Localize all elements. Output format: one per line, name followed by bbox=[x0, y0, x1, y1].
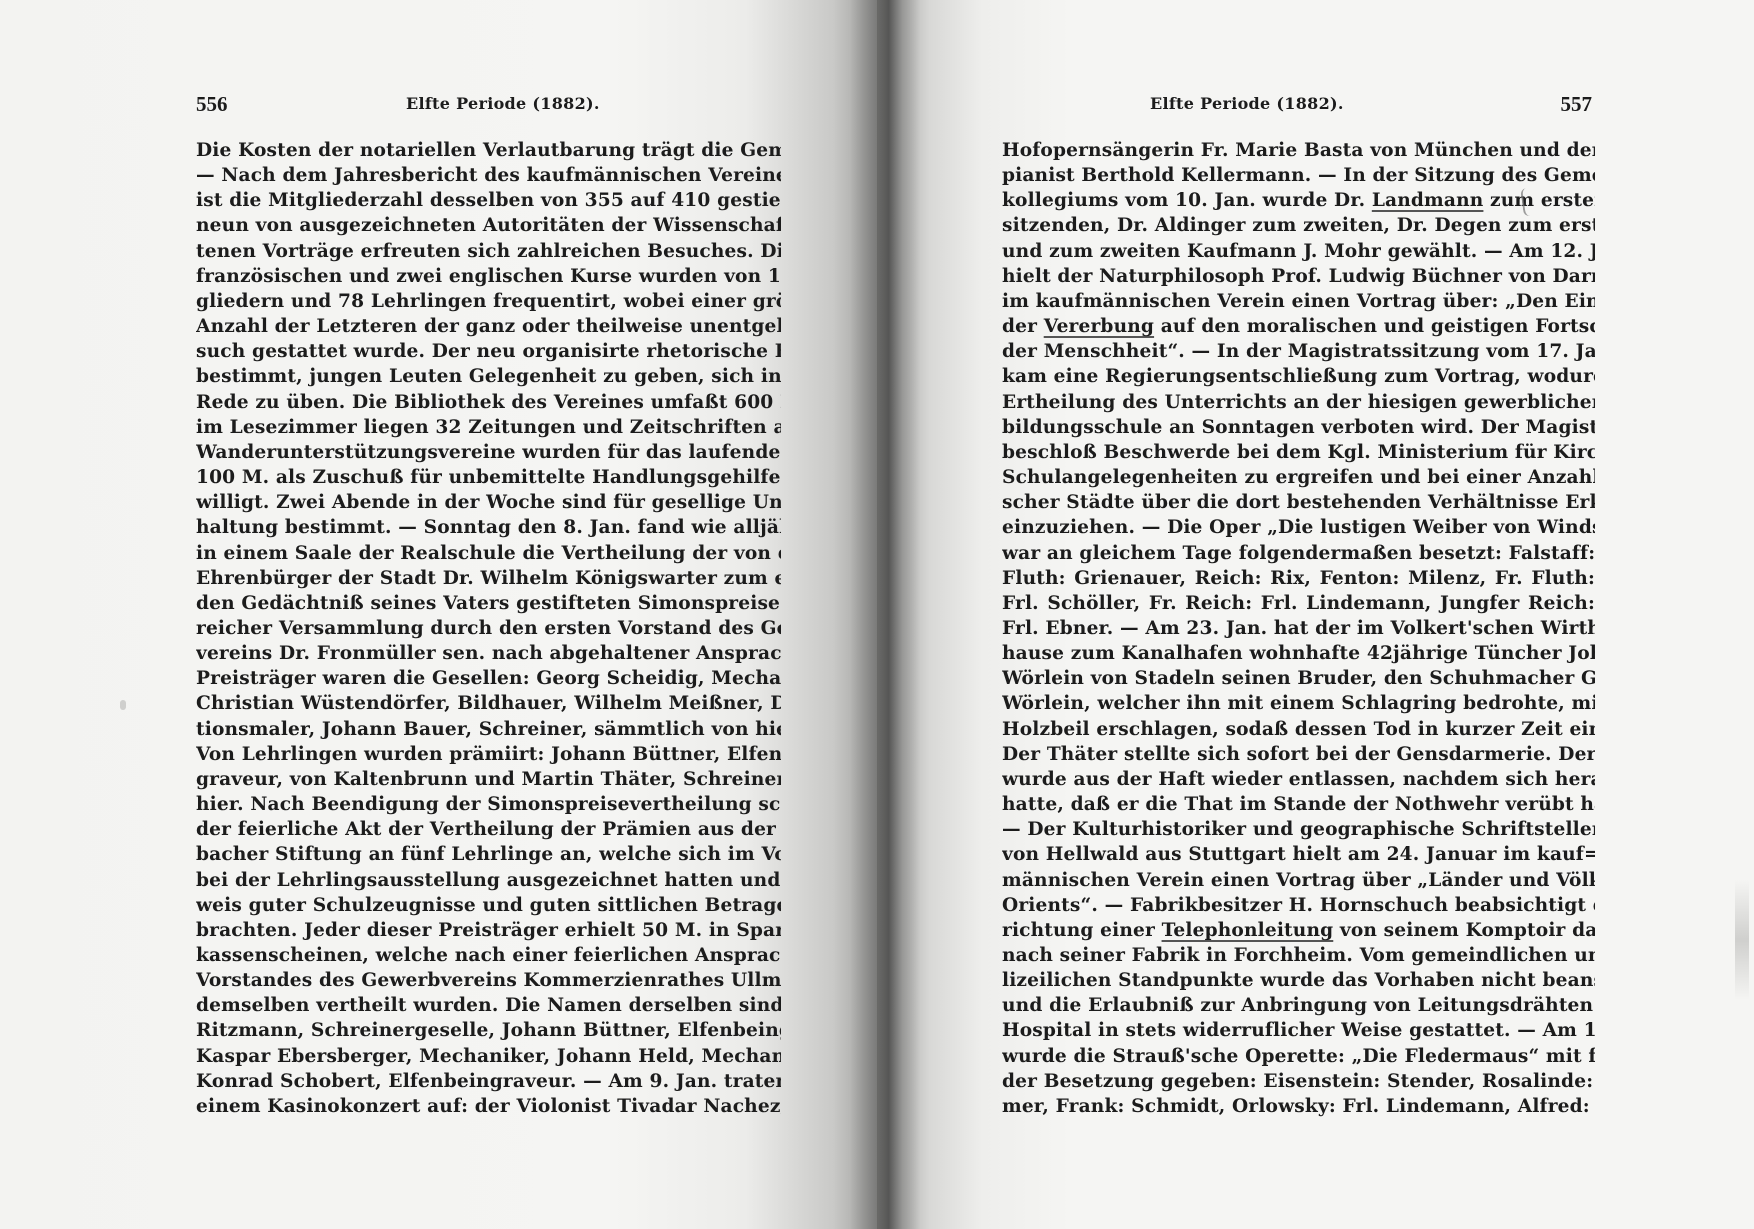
text-line: in einem Saale der Realschule die Verthe… bbox=[196, 541, 781, 566]
text-line: den Gedächtniß seines Vaters gestifteten… bbox=[196, 591, 781, 616]
text-line: kam eine Regierungsentschließung zum Vor… bbox=[1002, 364, 1595, 389]
text-line: Wörlein, welcher ihn mit einem Schlagrin… bbox=[1002, 691, 1595, 716]
right-page: Elfte Periode (1882). 557 Hofopernsänger… bbox=[877, 0, 1754, 1229]
text-line: Wörlein von Stadeln seinen Bruder, den S… bbox=[1002, 666, 1595, 691]
text-line: Kaspar Ebersberger, Mechaniker, Johann H… bbox=[196, 1044, 781, 1069]
pencil-underline: Landmann bbox=[1372, 190, 1484, 211]
text-line: bildungsschule an Sonntagen verboten wir… bbox=[1002, 415, 1595, 440]
book-spread: 556 Elfte Periode (1882). Die Kosten der… bbox=[0, 0, 1754, 1229]
text-line: mer, Frank: Schmidt, Orlowsky: Frl. Lind… bbox=[1002, 1094, 1595, 1119]
text-line: ist die Mitgliederzahl desselben von 355… bbox=[196, 188, 781, 213]
text-line: Schulangelegenheiten zu ergreifen und be… bbox=[1002, 465, 1595, 490]
text-line: bestimmt, jungen Leuten Gelegenheit zu g… bbox=[196, 364, 781, 389]
page-number: 557 bbox=[1561, 92, 1593, 117]
text-line: Ritzmann, Schreinergeselle, Johann Büttn… bbox=[196, 1018, 781, 1043]
text-line: von Hellwald aus Stuttgart hielt am 24. … bbox=[1002, 842, 1595, 867]
text-line: im kaufmännischen Verein einen Vortrag ü… bbox=[1002, 289, 1595, 314]
text-line: kassenscheinen, welche nach einer feierl… bbox=[196, 943, 781, 968]
text-line: Holzbeil erschlagen, sodaß dessen Tod in… bbox=[1002, 717, 1595, 742]
text-line: Konrad Schobert, Elfenbeingraveur. — Am … bbox=[196, 1069, 781, 1094]
text-line: bacher Stiftung an fünf Lehrlinge an, we… bbox=[196, 842, 781, 867]
text-line: im Lesezimmer liegen 32 Zeitungen und Ze… bbox=[196, 415, 781, 440]
paper-smudge bbox=[120, 700, 126, 710]
pencil-underline: Vererbung bbox=[1044, 316, 1154, 337]
text-line: Preisträger waren die Gesellen: Georg Sc… bbox=[196, 666, 781, 691]
text-line: einzuziehen. — Die Oper „Die lustigen We… bbox=[1002, 515, 1595, 540]
left-page-body-text: Die Kosten der notariellen Verlautbarung… bbox=[196, 138, 781, 1119]
text-line: Der Thäter stellte sich sofort bei der G… bbox=[1002, 742, 1595, 767]
text-line: vereins Dr. Fronmüller sen. nach abgehal… bbox=[196, 641, 781, 666]
text-line: und die Erlaubniß zur Anbringung von Lei… bbox=[1002, 993, 1595, 1018]
text-line: willigt. Zwei Abende in der Woche sind f… bbox=[196, 490, 781, 515]
right-page-body-text: Hofopernsängerin Fr. Marie Basta von Mün… bbox=[1002, 138, 1595, 1119]
text-line: der Besetzung gegeben: Eisenstein: Stend… bbox=[1002, 1069, 1595, 1094]
text-line: Wanderunterstützungsvereine wurden für d… bbox=[196, 440, 781, 465]
text-line: Frl. Schöller, Fr. Reich: Frl. Lindemann… bbox=[1002, 591, 1595, 616]
text-line: der Menschheit“. — In der Magistratssitz… bbox=[1002, 339, 1595, 364]
text-line: Vorstandes des Gewerbvereins Kommerzienr… bbox=[196, 968, 781, 993]
text-line: französischen und zwei englischen Kurse … bbox=[196, 264, 781, 289]
text-line: bei der Lehrlingsausstellung ausgezeichn… bbox=[196, 868, 781, 893]
text-line: Christian Wüstendörfer, Bildhauer, Wilhe… bbox=[196, 691, 781, 716]
text-line: — Der Kulturhistoriker und geographische… bbox=[1002, 817, 1595, 842]
text-line: der feierliche Akt der Vertheilung der P… bbox=[196, 817, 781, 842]
text-line: einem Kasinokonzert auf: der Violonist T… bbox=[196, 1094, 781, 1119]
text-line: Anzahl der Letzteren der ganz oder theil… bbox=[196, 314, 781, 339]
text-line: weis guter Schulzeugnisse und guten sitt… bbox=[196, 893, 781, 918]
text-line: scher Städte über die dort bestehenden V… bbox=[1002, 490, 1595, 515]
text-line: demselben vertheilt wurden. Die Namen de… bbox=[196, 993, 781, 1018]
text-line: Hospital in stets widerruflicher Weise g… bbox=[1002, 1018, 1595, 1043]
text-line: such gestattet wurde. Der neu organisirt… bbox=[196, 339, 781, 364]
left-page-header: 556 Elfte Periode (1882). bbox=[196, 92, 781, 118]
text-line: Frl. Ebner. — Am 23. Jan. hat der im Vol… bbox=[1002, 616, 1595, 641]
text-line: hier. Nach Beendigung der Simonspreiseve… bbox=[196, 792, 781, 817]
text-line: — Nach dem Jahresbericht des kaufmännisc… bbox=[196, 163, 781, 188]
pencil-underline: Telephonleitung bbox=[1162, 920, 1334, 941]
text-line: wurde aus der Haft wieder entlassen, nac… bbox=[1002, 767, 1595, 792]
text-line: war an gleichem Tage folgendermaßen bese… bbox=[1002, 541, 1595, 566]
text-line: Fluth: Grienauer, Reich: Rix, Fenton: Mi… bbox=[1002, 566, 1595, 591]
text-line: der Vererbung auf den moralischen und ge… bbox=[1002, 314, 1595, 339]
text-line: kollegiums vom 10. Jan. wurde Dr. Landma… bbox=[1002, 188, 1595, 213]
text-line: Hofopernsängerin Fr. Marie Basta von Mün… bbox=[1002, 138, 1595, 163]
left-page: 556 Elfte Periode (1882). Die Kosten der… bbox=[0, 0, 877, 1229]
right-page-header: Elfte Periode (1882). 557 bbox=[1002, 92, 1592, 118]
text-line: wurde die Strauß'sche Operette: „Die Fle… bbox=[1002, 1044, 1595, 1069]
text-line: männischen Verein einen Vortrag über „Lä… bbox=[1002, 868, 1595, 893]
running-head: Elfte Periode (1882). bbox=[406, 94, 600, 113]
text-line: nach seiner Fabrik in Forchheim. Vom gem… bbox=[1002, 943, 1595, 968]
text-line: brachten. Jeder dieser Preisträger erhie… bbox=[196, 918, 781, 943]
text-line: Von Lehrlingen wurden prämiirt: Johann B… bbox=[196, 742, 781, 767]
text-line: lizeilichen Standpunkte wurde das Vorhab… bbox=[1002, 968, 1595, 993]
text-line: hielt der Naturphilosoph Prof. Ludwig Bü… bbox=[1002, 264, 1595, 289]
show-through-mark bbox=[1735, 880, 1749, 1000]
text-line: reicher Versammlung durch den ersten Vor… bbox=[196, 616, 781, 641]
text-line: tionsmaler, Johann Bauer, Schreiner, säm… bbox=[196, 717, 781, 742]
text-line: tenen Vorträge erfreuten sich zahlreiche… bbox=[196, 239, 781, 264]
text-line: und zum zweiten Kaufmann J. Mohr gewählt… bbox=[1002, 239, 1595, 264]
text-line: haltung bestimmt. — Sonntag den 8. Jan. … bbox=[196, 515, 781, 540]
text-line: pianist Berthold Kellermann. — In der Si… bbox=[1002, 163, 1595, 188]
page-number: 556 bbox=[196, 92, 228, 117]
text-line: sitzenden, Dr. Aldinger zum zweiten, Dr.… bbox=[1002, 213, 1595, 238]
text-line: Ehrenbürger der Stadt Dr. Wilhelm Königs… bbox=[196, 566, 781, 591]
text-line: hause zum Kanalhafen wohnhafte 42jährige… bbox=[1002, 641, 1595, 666]
text-line: beschloß Beschwerde bei dem Kgl. Ministe… bbox=[1002, 440, 1595, 465]
text-line: graveur, von Kaltenbrunn und Martin Thät… bbox=[196, 767, 781, 792]
text-line: hatte, daß er die That im Stande der Not… bbox=[1002, 792, 1595, 817]
text-line: 100 M. als Zuschuß für unbemittelte Hand… bbox=[196, 465, 781, 490]
text-line: Ertheilung des Unterrichts an der hiesig… bbox=[1002, 390, 1595, 415]
text-line: gliedern und 78 Lehrlingen frequentirt, … bbox=[196, 289, 781, 314]
text-line: Orients“. — Fabrikbesitzer H. Hornschuch… bbox=[1002, 893, 1595, 918]
text-line: neun von ausgezeichneten Autoritäten der… bbox=[196, 213, 781, 238]
text-line: richtung einer Telephonleitung von seine… bbox=[1002, 918, 1595, 943]
running-head: Elfte Periode (1882). bbox=[1150, 94, 1344, 113]
text-line: Die Kosten der notariellen Verlautbarung… bbox=[196, 138, 781, 163]
text-line: Rede zu üben. Die Bibliothek des Vereine… bbox=[196, 390, 781, 415]
